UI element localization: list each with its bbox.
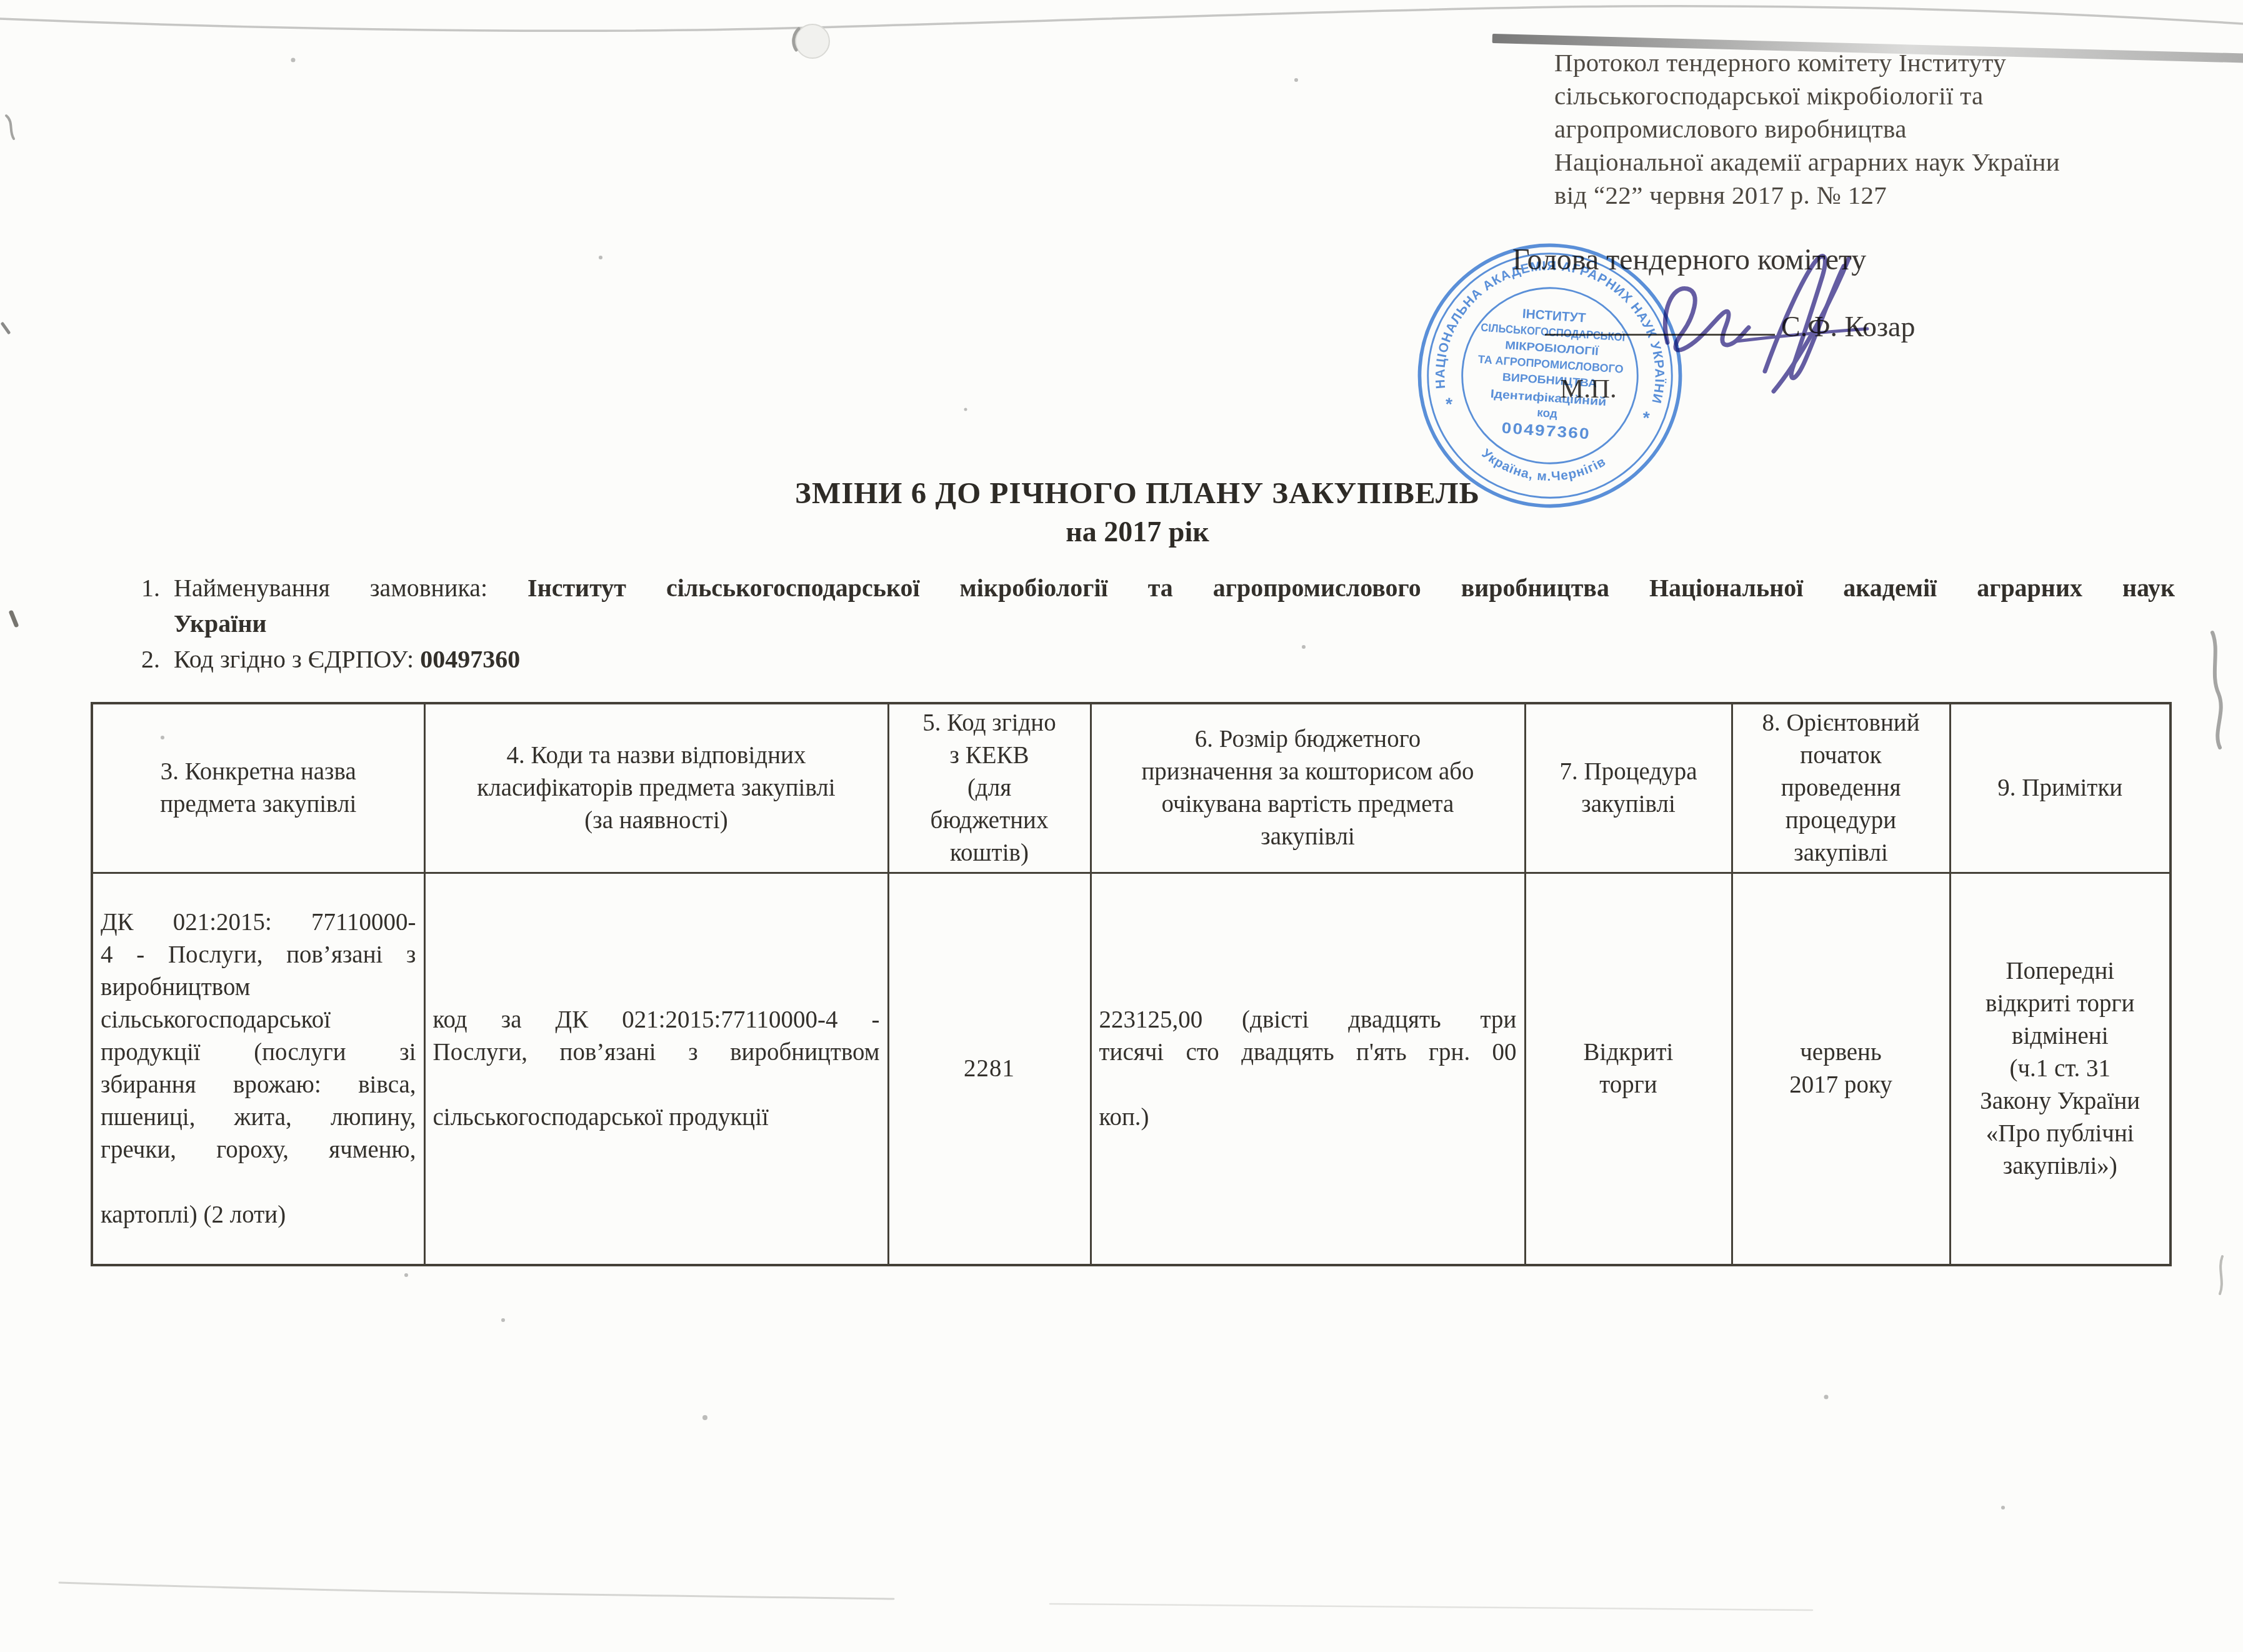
bottom-streak-2	[1050, 1604, 1812, 1610]
intro-item-1-continued: України	[141, 606, 2175, 641]
paper-blemish-rim	[794, 29, 799, 50]
protocol-line: Національної академії аграрних наук Укра…	[1554, 146, 2186, 179]
bottom-streak	[59, 1583, 894, 1599]
protocol-line: Протокол тендерного комітету Інституту	[1554, 46, 2186, 79]
stamp-center-line: ІНСТИТУТ	[1522, 307, 1586, 326]
protocol-line: від “22” червня 2017 р. № 127	[1554, 179, 2186, 212]
edrpou-label: Код згідно з ЄДРПОУ:	[174, 645, 420, 673]
cell-classifier: код за ДК 021:2015:77110000-4 - Послуги,…	[424, 873, 888, 1266]
stamp-center-line: код	[1537, 406, 1558, 421]
left-edge-squiggle	[6, 116, 14, 139]
col-header-start: 8. Орієнтовний початок проведення процед…	[1732, 703, 1950, 873]
table-data-row: ДК 021:2015: 77110000- 4 - Послуги, пов’…	[92, 873, 2171, 1266]
col-header-notes: 9. Примітки	[1950, 703, 2171, 873]
paper-speck	[599, 256, 602, 259]
document-title: ЗМІНИ 6 ДО РІЧНОГО ПЛАНУ ЗАКУПІВЕЛЬ	[25, 475, 2243, 511]
col-header-classifier: 4. Коди та назви відповідних класифікато…	[424, 703, 888, 873]
stamp-star-right: *	[1642, 408, 1651, 429]
stamp-star-left: *	[1444, 394, 1453, 415]
cell-budget-last-line: коп.)	[1099, 1101, 1517, 1134]
item-number: 1.	[141, 570, 174, 606]
cell-classifier-text: код за ДК 021:2015:77110000-4 - Послуги,…	[433, 1004, 880, 1069]
right-margin-mark	[2212, 633, 2221, 748]
cell-notes: Попередні відкриті торги відмінені (ч.1 …	[1950, 873, 2171, 1266]
paper-speck	[964, 408, 967, 411]
cell-classifier-last-line: сільськогосподарської продукції	[433, 1101, 880, 1134]
cell-subject: ДК 021:2015: 77110000- 4 - Послуги, пов’…	[92, 873, 424, 1266]
stamp-center-line: СІЛЬСЬКОГОСПОДАРСЬКОЇ	[1481, 321, 1626, 344]
paper-blemish	[796, 24, 829, 58]
table-header-row: 3. Конкретна назва предмета закупівлі 4.…	[92, 703, 2171, 873]
cell-budget: 223125,00 (двісті двадцять три тисячі ст…	[1091, 873, 1525, 1266]
item-number: 2.	[141, 641, 174, 677]
paper-speck	[1824, 1395, 1829, 1399]
protocol-reference: Протокол тендерного комітету Інституту с…	[1554, 46, 2186, 212]
cell-subject-text: ДК 021:2015: 77110000- 4 - Послуги, пов’…	[101, 906, 416, 1166]
paper-speck	[404, 1273, 408, 1277]
col-header-kekv: 5. Код згідно з КЕКВ (для бюджетних кошт…	[888, 703, 1091, 873]
procurement-table: 3. Конкретна назва предмета закупівлі 4.…	[91, 702, 2172, 1266]
customer-value: Інститут сільськогосподарської мікробіол…	[527, 574, 2175, 602]
cell-kekv: 2281	[888, 873, 1091, 1266]
paper-speck	[702, 1415, 707, 1420]
stamp-center-line: Ідентифікаційний	[1490, 388, 1607, 409]
edrpou-line: Код згідно з ЄДРПОУ: 00497360	[174, 641, 2175, 677]
protocol-line: агропромислового виробництва	[1554, 113, 2186, 146]
col-header-budget: 6. Розмір бюджетного призначення за кошт…	[1091, 703, 1525, 873]
stamp-center-line: МІКРОБІОЛОГІЇ	[1505, 339, 1600, 358]
paper-speck	[1294, 78, 1298, 82]
paper-speck	[501, 1318, 505, 1322]
intro-item-2: 2. Код згідно з ЄДРПОУ: 00497360	[141, 641, 2175, 677]
paper-speck	[2001, 1506, 2005, 1509]
page-top-edge-line	[0, 6, 2243, 31]
left-edge-mark-2	[2, 324, 9, 333]
protocol-line: сільськогосподарської мікробіології та	[1554, 79, 2186, 113]
right-margin-mark-2	[2220, 1256, 2222, 1294]
scanned-page: { "page": { "protocol": { "lines": [ "Пр…	[0, 0, 2243, 1652]
edrpou-value: 00497360	[420, 645, 520, 673]
cell-start-date: червень 2017 року	[1732, 873, 1950, 1266]
signature-stroke	[1765, 256, 1844, 378]
customer-label: Найменування замовника:	[174, 574, 527, 602]
document-subtitle: на 2017 рік	[25, 515, 2243, 548]
intro-item-1: 1. Найменування замовника: Інститут сіль…	[141, 570, 2175, 606]
item-number-spacer	[141, 606, 174, 641]
col-header-subject: 3. Конкретна назва предмета закупівлі	[92, 703, 424, 873]
intro-list: 1. Найменування замовника: Інститут сіль…	[141, 570, 2175, 677]
stamp-id-code: 00497360	[1501, 420, 1591, 443]
customer-name-line: Найменування замовника: Інститут сільськ…	[174, 570, 2175, 606]
cell-procedure: Відкриті торги	[1525, 873, 1732, 1266]
paper-speck	[291, 58, 296, 63]
cell-subject-last-line: картоплі) (2 лоти)	[101, 1199, 416, 1231]
cell-budget-text: 223125,00 (двісті двадцять три тисячі ст…	[1099, 1004, 1517, 1069]
customer-value-line2: України	[174, 606, 2175, 641]
stamp-center-line: ВИРОБНИЦТВА	[1502, 371, 1597, 390]
left-edge-mark	[11, 613, 16, 625]
stamp-center-line: ТА АГРОПРОМИСЛОВОГО	[1477, 353, 1624, 376]
col-header-procedure: 7. Процедура закупівлі	[1525, 703, 1732, 873]
